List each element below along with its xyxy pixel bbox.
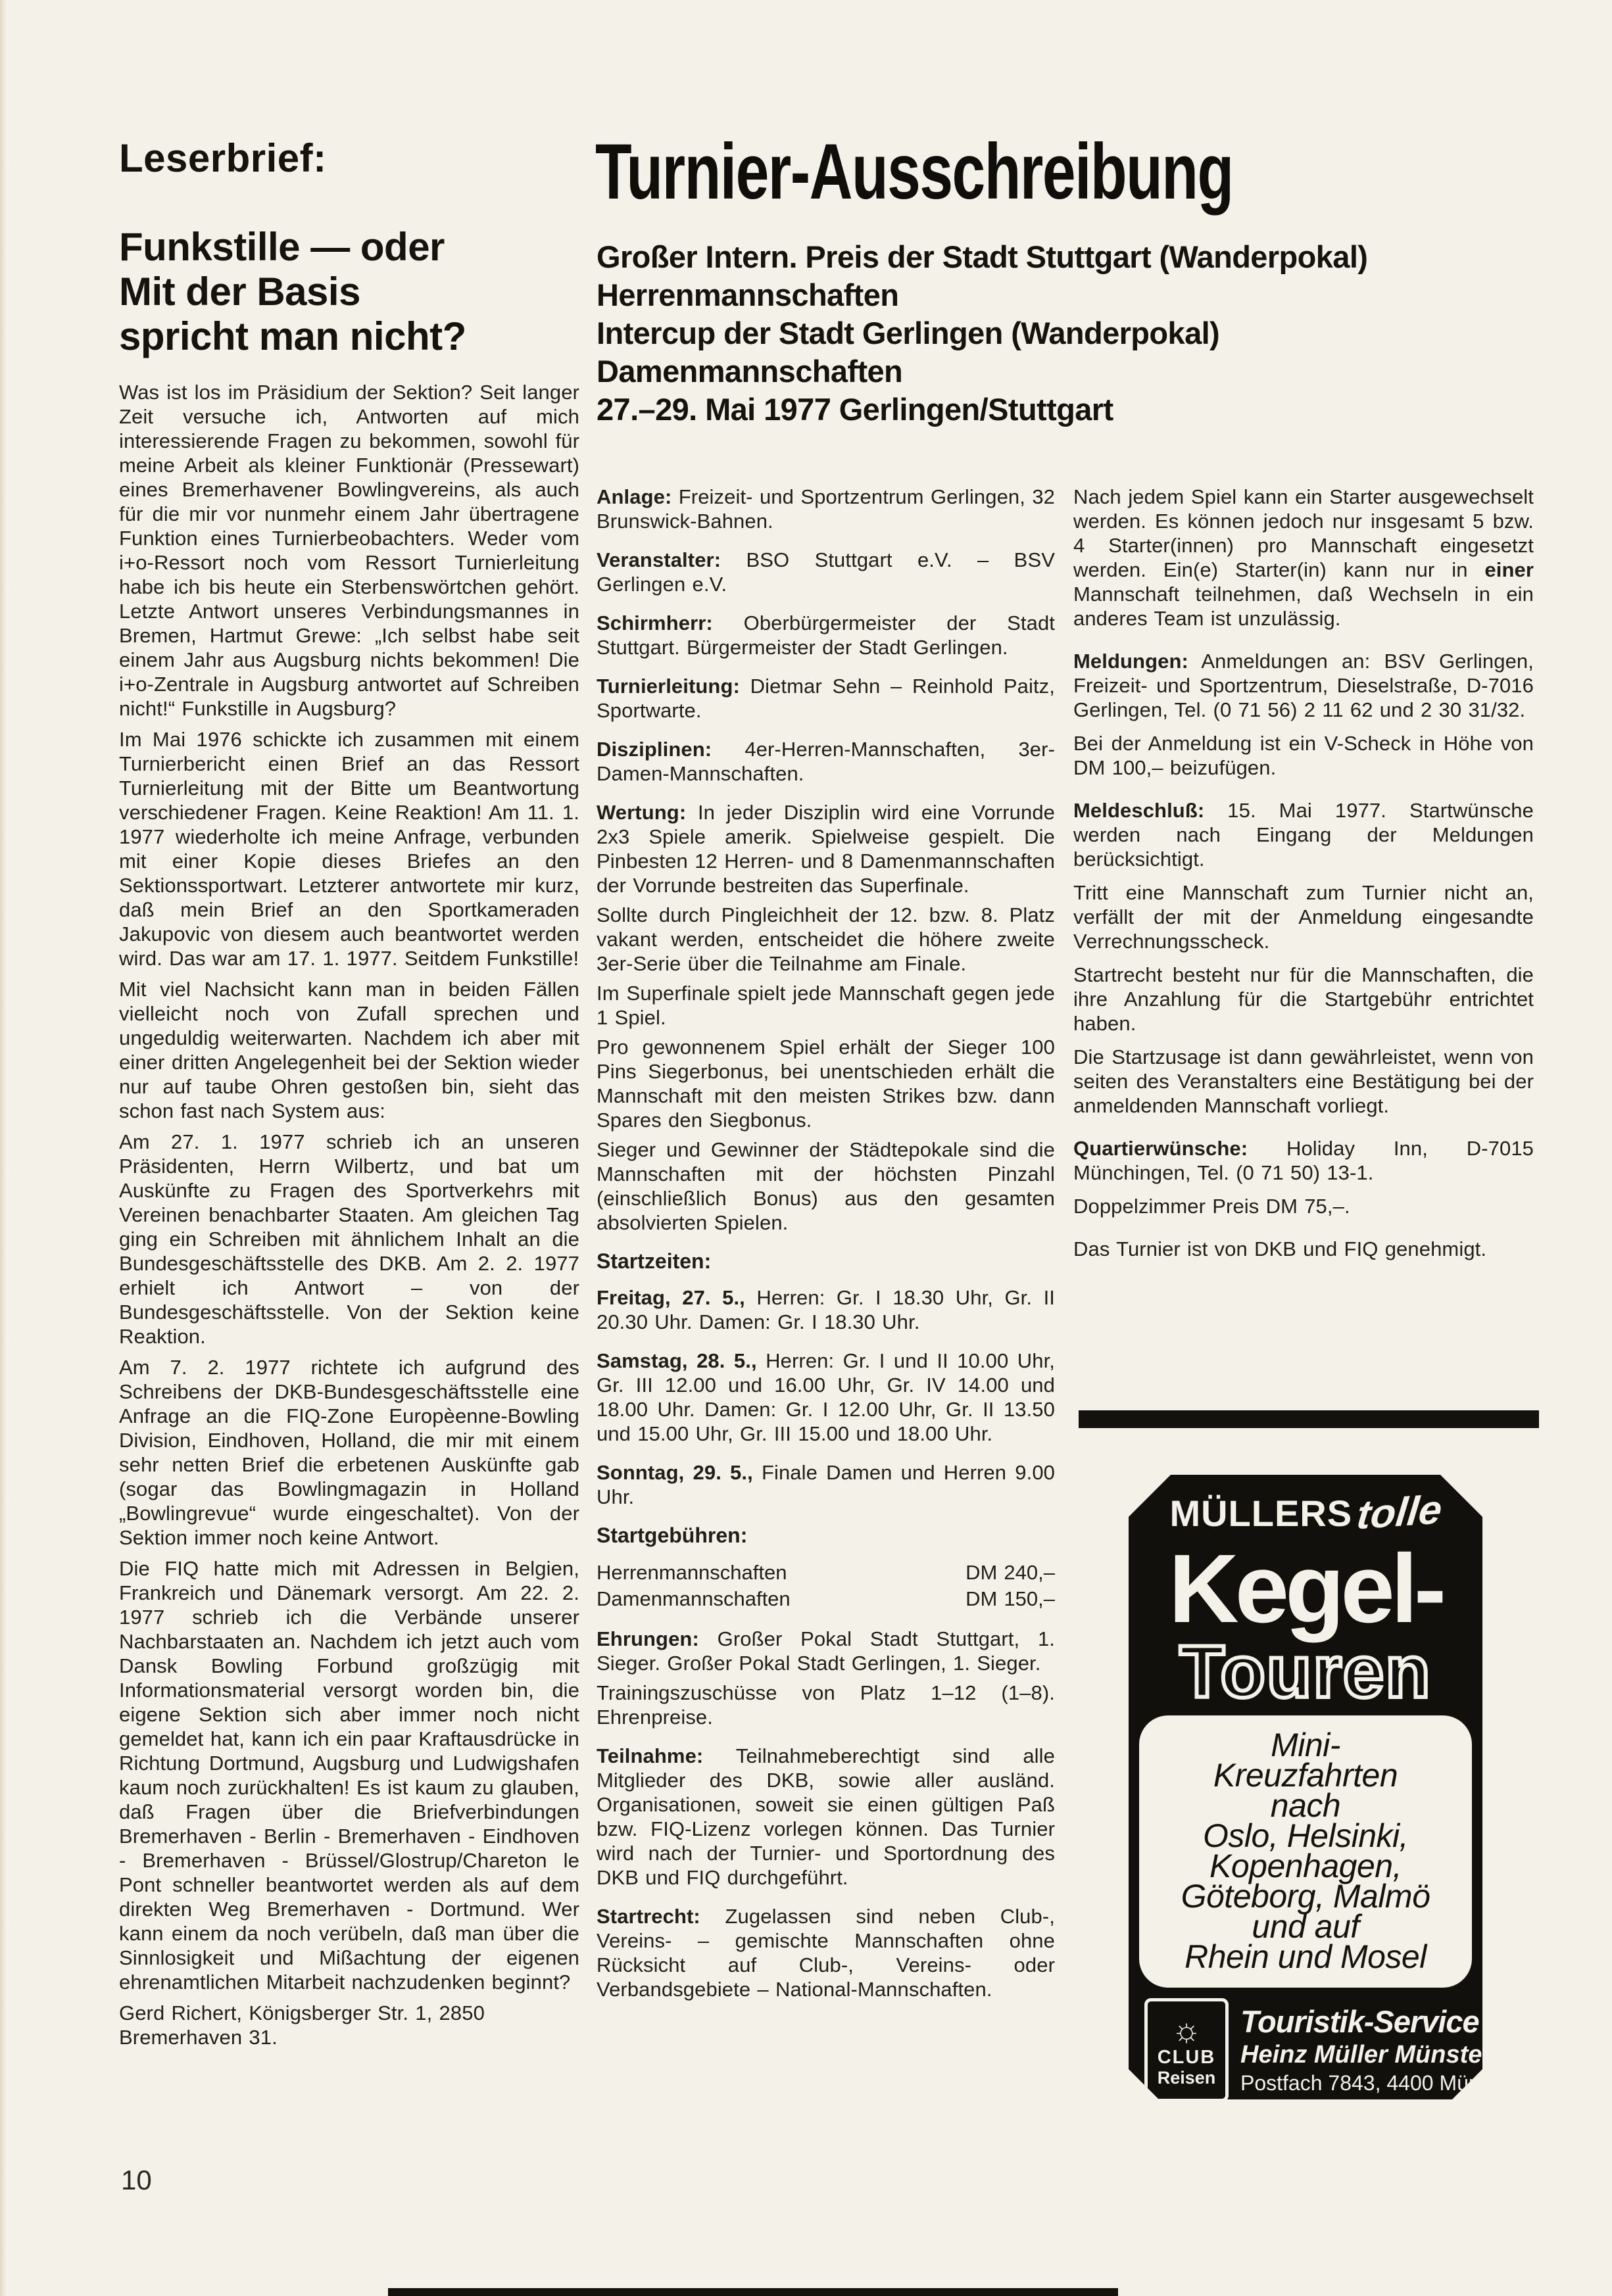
section-freitag: Freitag, 27. 5., Herren: Gr. I 18.30 Uhr… [597, 1285, 1055, 1334]
ad-line: Kopenhagen, [1143, 1851, 1468, 1881]
section-genehmigt: Das Turnier ist von DKB und FIQ genehmig… [1073, 1237, 1534, 1261]
letter-body-column: Was ist los im Präsidium der Sektion? Se… [119, 380, 579, 2056]
sun-icon: ☼ [1171, 2013, 1202, 2047]
ad-line: Mini- [1143, 1730, 1468, 1760]
ad-line: nach [1143, 1790, 1468, 1821]
fee-row: HerrenmannschaftenDM 240,– [597, 1560, 1055, 1586]
letter-paragraph: Die FIQ hatte mich mit Adressen in Belgi… [119, 1556, 579, 1994]
letter-signature: Gerd Richert, Königsberger Str. 1, 2850 … [119, 2001, 579, 2049]
tournament-subtitle-line: Großer Intern. Preis der Stadt Stuttgart… [597, 238, 1367, 276]
letter-paragraph: Mit viel Nachsicht kann man in beiden Fä… [119, 977, 579, 1123]
ad-line: Rhein und Mosel [1143, 1942, 1468, 1972]
section-disziplinen: Disziplinen: 4er-Herren-Mannschaften, 3e… [597, 737, 1055, 786]
tournament-subtitle-line: Herrenmannschaften [597, 276, 1367, 314]
section-startrecht: Startrecht: Zugelassen sind neben Club-,… [597, 1904, 1055, 2001]
section-doppelzimmer: Doppelzimmer Preis DM 75,–. [1073, 1194, 1534, 1218]
ad-owner-name: Heinz Müller Münster [1240, 2040, 1515, 2070]
letter-title-line: Mit der Basis [119, 270, 466, 314]
section-wechsel: Nach jedem Spiel kann ein Starter ausgew… [1073, 485, 1534, 631]
tournament-subtitle-line: Intercup der Stadt Gerlingen (Wanderpoka… [597, 314, 1367, 352]
letter-title: Funkstille — oder Mit der Basis spricht … [119, 225, 466, 359]
letter-paragraph: Am 7. 2. 1977 richtete ich aufgrund des … [119, 1355, 579, 1550]
section-samstag: Samstag, 28. 5., Herren: Gr. I und II 10… [597, 1349, 1055, 1446]
letter-kicker: Leserbrief: [119, 135, 327, 181]
ad-brand-script: tolle [1355, 1489, 1444, 1537]
scan-artifact [388, 2288, 1118, 2296]
ad-line: und auf [1143, 1911, 1468, 1942]
section-startzusage: Die Startzusage ist dann gewährleistet, … [1073, 1045, 1534, 1118]
page-number: 10 [121, 2164, 152, 2196]
section-anlage: Anlage: Freizeit- und Sportzentrum Gerli… [597, 485, 1055, 533]
section-vscheck: Bei der Anmeldung ist ein V-Scheck in Hö… [1073, 731, 1534, 780]
section-wertung-4: Pro gewonnenem Spiel erhält der Sieger 1… [597, 1035, 1055, 1132]
ad-logo-reisen: Reisen [1158, 2068, 1216, 2088]
section-wertung-5: Sieger und Gewinner der Städtepokale sin… [597, 1137, 1055, 1235]
section-sonntag: Sonntag, 29. 5., Finale Damen und Herren… [597, 1460, 1055, 1509]
tournament-column-2: Nach jedem Spiel kann ein Starter ausgew… [1073, 485, 1534, 1270]
ad-service-name: Touristik-Service [1240, 2004, 1515, 2040]
section-ehrungen: Ehrungen: Großer Pokal Stadt Stuttgart, … [597, 1627, 1055, 1675]
ad-logo-club: CLUB [1158, 2047, 1216, 2068]
tournament-subtitle: Großer Intern. Preis der Stadt Stuttgart… [597, 238, 1367, 429]
section-nichtantritt: Tritt eine Mannschaft zum Turnier nicht … [1073, 880, 1534, 953]
tournament-title: Turnier-Ausschreibung [595, 126, 1233, 217]
ad-footer: ☼ CLUB Reisen Touristik-Service Heinz Mü… [1129, 1988, 1482, 2109]
ad-address: Postfach 7843, 4400 Münster [1240, 2070, 1515, 2096]
letter-paragraph: Im Mai 1976 schickte ich zusammen mit ei… [119, 727, 579, 970]
startgebuehren-header: Startgebühren: [597, 1523, 1055, 1548]
section-wertung: Wertung: In jeder Disziplin wird eine Vo… [597, 800, 1055, 897]
tournament-column-1: Anlage: Freizeit- und Sportzentrum Gerli… [597, 485, 1055, 2007]
ad-line: Oslo, Helsinki, [1143, 1821, 1468, 1851]
club-reisen-logo: ☼ CLUB Reisen [1144, 1998, 1229, 2102]
ad-destinations-panel: Mini- Kreuzfahrten nach Oslo, Helsinki, … [1139, 1715, 1472, 1988]
ad-brand-prefix: MÜLLERS [1169, 1493, 1352, 1534]
section-quartier: Quartierwünsche: Holiday Inn, D-7015 Mün… [1073, 1136, 1534, 1185]
magazine-page: Leserbrief: Funkstille — oder Mit der Ba… [0, 0, 1612, 2296]
fee-row: DamenmannschaftenDM 150,– [597, 1586, 1055, 1612]
ad-brand-block: MÜLLERStolle Kegel- Touren [1129, 1475, 1482, 1710]
advertisement-kegel-touren: MÜLLERStolle Kegel- Touren Mini- Kreuzfa… [1129, 1475, 1482, 2099]
tournament-subtitle-line: Damenmannschaften [597, 352, 1367, 391]
ad-brand-sub: Touren [1129, 1634, 1482, 1710]
letter-paragraph: Was ist los im Präsidium der Sektion? Se… [119, 380, 579, 721]
section-wertung-2: Sollte durch Pingleichheit der 12. bzw. … [597, 903, 1055, 976]
ad-contact-info: Touristik-Service Heinz Müller Münster P… [1240, 2004, 1515, 2096]
section-startrecht-2: Startrecht besteht nur für die Mannschaf… [1073, 963, 1534, 1036]
letter-paragraph: Am 27. 1. 1977 schrieb ich an unseren Pr… [119, 1130, 579, 1349]
tournament-date-line: 27.–29. Mai 1977 Gerlingen/Stuttgart [597, 391, 1367, 429]
ad-line: Kreuzfahrten [1143, 1760, 1468, 1790]
section-ehrungen-2: Trainingszuschüsse von Platz 1–12 (1–8).… [597, 1681, 1055, 1729]
section-meldeschluss: Meldeschluß: 15. Mai 1977. Startwünsche … [1073, 798, 1534, 871]
section-teilnahme: Teilnahme: Teilnahmeberechtigt sind alle… [597, 1744, 1055, 1890]
letter-title-line: Funkstille — oder [119, 225, 466, 270]
section-meldungen: Meldungen: Anmeldungen an: BSV Gerlingen… [1073, 649, 1534, 722]
letter-title-line: spricht man nicht? [119, 314, 466, 359]
ad-line: Göteborg, Malmö [1143, 1881, 1468, 1911]
section-veranstalter: Veranstalter: BSO Stuttgart e.V. – BSV G… [597, 548, 1055, 596]
section-turnierleitung: Turnierleitung: Dietmar Sehn – Reinhold … [597, 674, 1055, 723]
section-wertung-3: Im Superfinale spielt jede Mannschaft ge… [597, 981, 1055, 1030]
startzeiten-header: Startzeiten: [597, 1249, 1055, 1274]
ad-brand-main: Kegel- [1129, 1544, 1482, 1634]
separator-bar [1079, 1410, 1539, 1428]
section-schirmherr: Schirmherr: Oberbürgermeister der Stadt … [597, 611, 1055, 659]
